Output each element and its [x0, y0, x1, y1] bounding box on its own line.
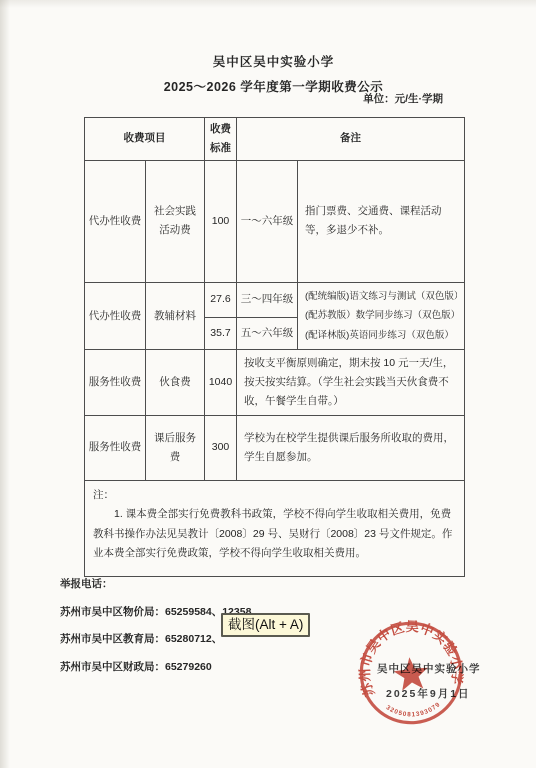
cell-standard: 35.7	[205, 317, 237, 349]
table-header-row: 收费项目 收费 标准 备注	[85, 118, 465, 161]
cell-grade: 三～四年级	[237, 282, 298, 317]
header-remark: 备注	[237, 118, 465, 161]
cell-item-name: 社会实践活动费	[146, 160, 205, 282]
cell-remark: (配统编版)语文练习与测试（双色版） (配苏教版）数学同步练习（双色版） (配译…	[298, 282, 465, 349]
cell-standard: 1040	[205, 350, 237, 416]
table-row-meal: 服务性收费 伙食费 1040 按收支平衡原则确定，期末按 10 元一天/生，按天…	[85, 350, 465, 416]
document-title: 吴中区吴中实验小学	[84, 52, 463, 70]
cell-item-name: 课后服务费	[146, 415, 205, 480]
svg-text:苏州市吴中区吴中实验小学: 苏州市吴中区吴中实验小学	[351, 613, 468, 699]
hotline-label: 举报电话：	[60, 576, 251, 591]
table-row-after-school: 服务性收费 课后服务费 300 学校为在校学生提供课后服务所收取的费用，学生自愿…	[85, 415, 465, 480]
header-fee-standard: 收费 标准	[205, 118, 237, 161]
table-row-materials-a: 代办性收费 教辅材料 27.6 三～四年级 (配统编版)语文练习与测试（双色版）…	[85, 282, 465, 317]
cell-item-name: 教辅材料	[146, 282, 205, 349]
scanned-document-page: 吴中区吴中实验小学 2025～2026 学年度第一学期收费公示 单位：元/生·学…	[0, 0, 536, 768]
cell-standard: 300	[205, 415, 237, 480]
cell-grade: 一～六年级	[237, 160, 298, 282]
seal-star-icon	[392, 655, 429, 691]
hotline-finance-bureau: 苏州市吴中区财政局：65279260	[60, 659, 251, 674]
header-fee-standard-line1: 收费	[208, 120, 233, 139]
header-fee-item: 收费项目	[85, 118, 205, 161]
remark-line-english: (配译林版)英语同步练习（双色版）	[305, 326, 457, 345]
official-red-seal: 苏州市吴中区吴中实验小学 3205081393079	[351, 613, 472, 734]
cell-category: 服务性收费	[85, 415, 146, 480]
cell-standard: 100	[205, 160, 237, 282]
notes-body: 1. 课本费全部实行免费教科书政策，学校不得向学生收取相关费用，免费教科书操作办…	[93, 505, 456, 563]
remark-line-math: (配苏教版）数学同步练习（双色版）	[305, 306, 457, 325]
cell-category: 代办性收费	[85, 160, 146, 282]
screenshot-hotkey-tooltip[interactable]: 截图(Alt + A)	[221, 613, 310, 637]
notes-label: 注：	[93, 486, 456, 505]
cell-standard: 27.6	[205, 282, 237, 317]
table-row-social-practice: 代办性收费 社会实践活动费 100 一～六年级 指门票费、交通费、课程活动等，多…	[85, 160, 465, 282]
cell-category: 代办性收费	[85, 282, 146, 349]
header-fee-standard-line2: 标准	[208, 139, 233, 158]
cell-grade: 五～六年级	[237, 317, 298, 349]
cell-remark: 指门票费、交通费、课程活动等，多退少不补。	[298, 160, 465, 282]
cell-remark: 学校为在校学生提供课后服务所收取的费用，学生自愿参加。	[237, 415, 465, 480]
cell-category: 服务性收费	[85, 350, 146, 416]
notes-cell: 注： 1. 课本费全部实行免费教科书政策，学校不得向学生收取相关费用，免费教科书…	[85, 480, 465, 576]
unit-label: 单位：元/生·学期	[363, 91, 443, 106]
cell-item-name: 伙食费	[146, 350, 205, 416]
seal-ring-text: 苏州市吴中区吴中实验小学	[351, 613, 468, 699]
table-row-notes: 注： 1. 课本费全部实行免费教科书政策，学校不得向学生收取相关费用，免费教科书…	[85, 480, 465, 576]
fee-table: 收费项目 收费 标准 备注 代办性收费 社会实践活动费 100 一～六年级 指门…	[84, 117, 465, 577]
cell-remark: 按收支平衡原则确定，期末按 10 元一天/生，按天按实结算。（学生社会实践当天伙…	[237, 350, 465, 416]
remark-line-chinese: (配统编版)语文练习与测试（双色版）	[305, 287, 457, 306]
